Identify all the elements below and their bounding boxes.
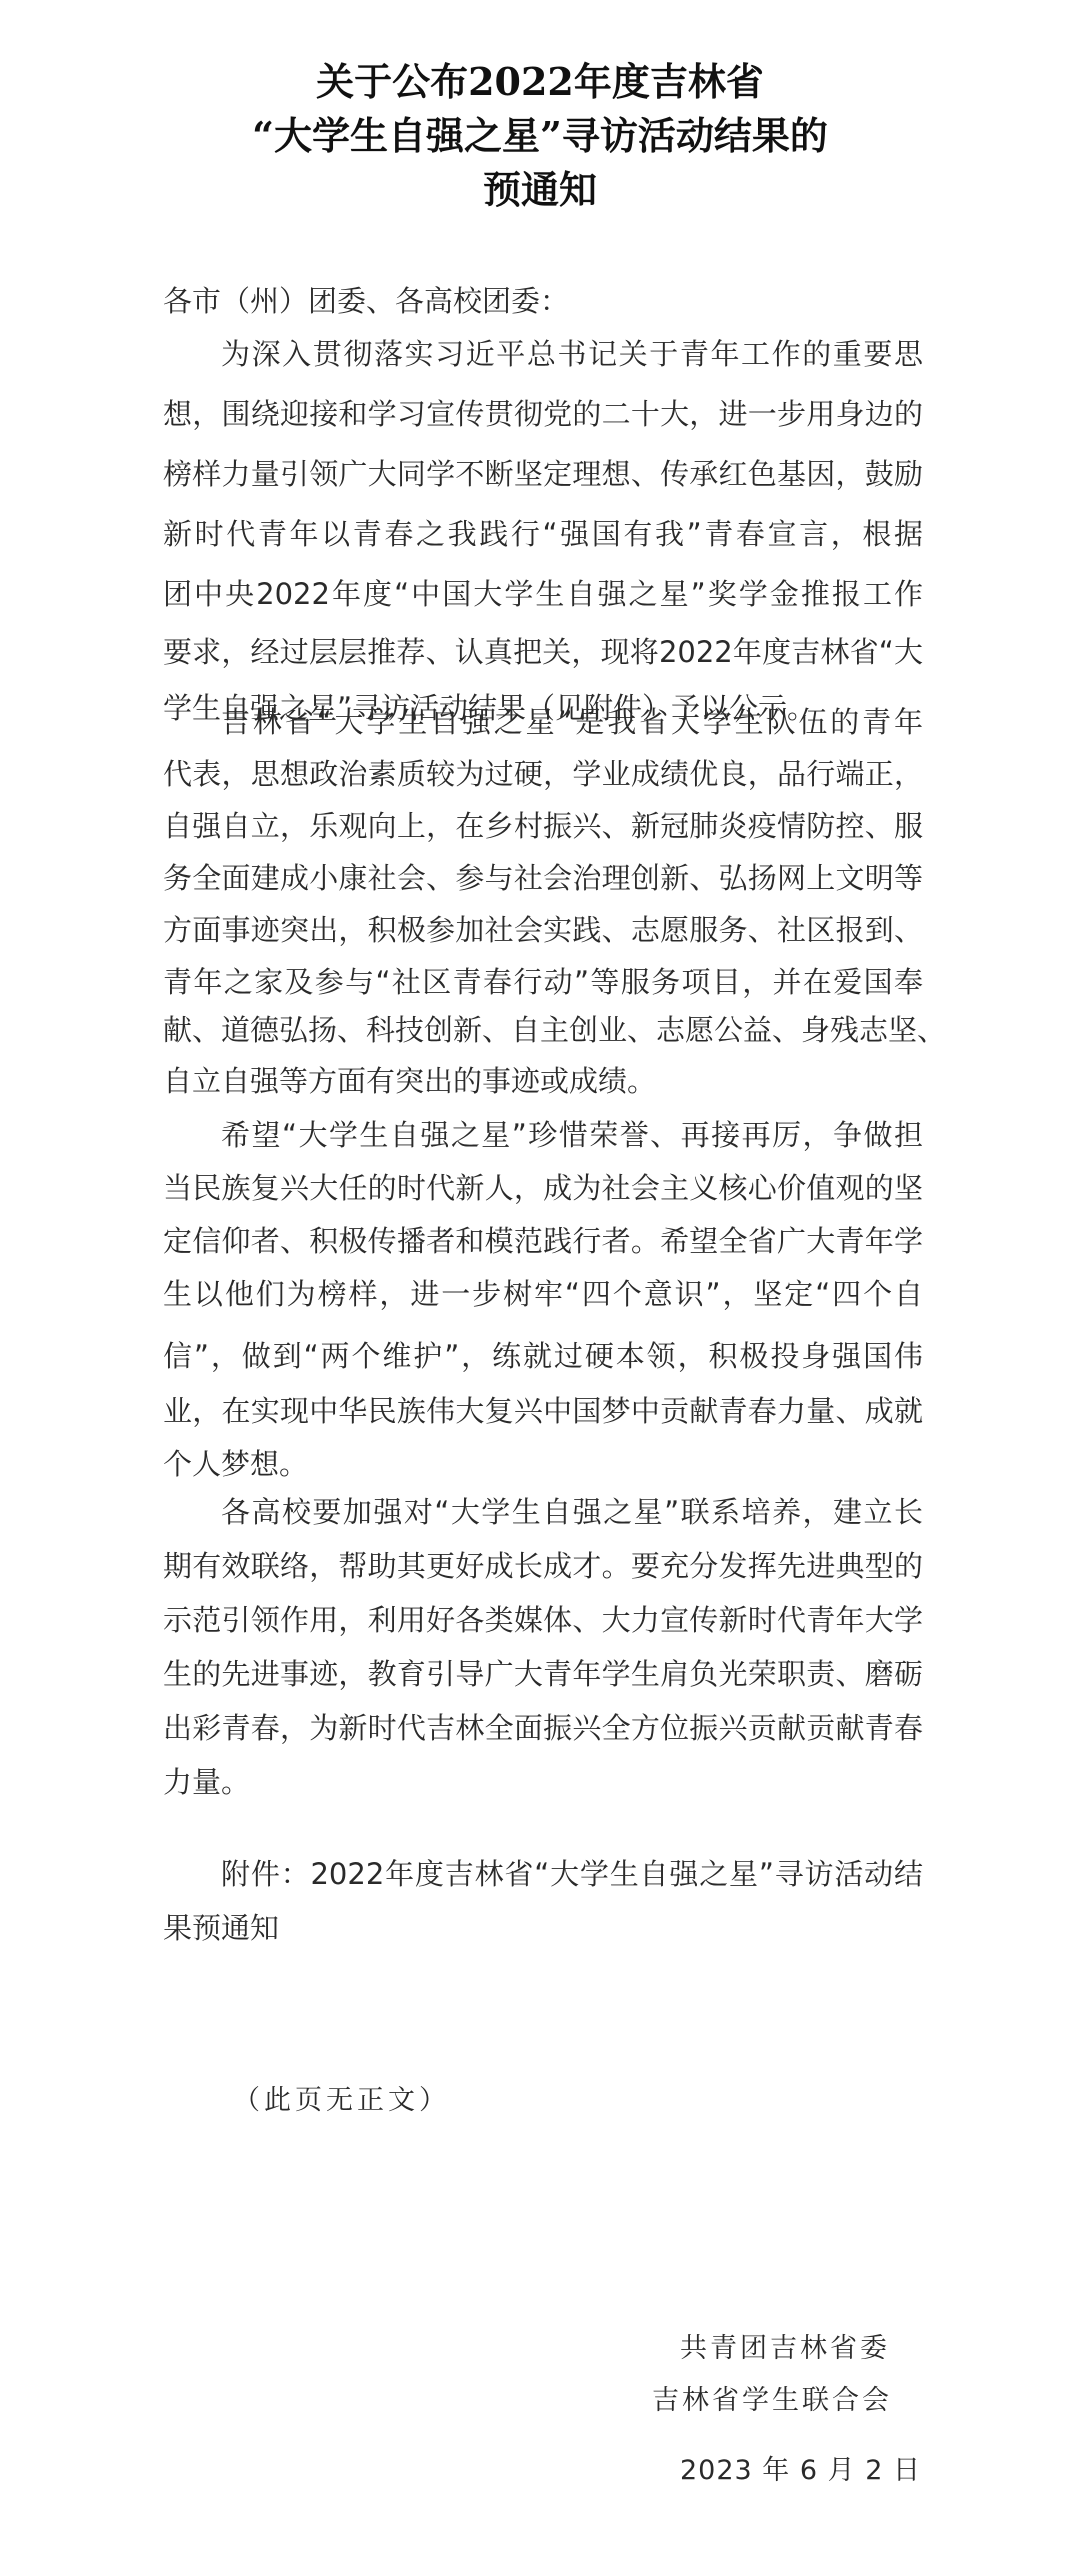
- paragraph-line: 青年之家及参与“社区青春行动”等服务项目，并在爱国奉: [163, 964, 923, 1000]
- paragraph-line: 吉林省“大学生自强之星”是我省大学生队伍的青年: [163, 704, 923, 740]
- signature-org-youth-league: 共青团吉林省委: [680, 2326, 890, 2365]
- paragraph-line: 自立自强等方面有突出的事迹或成绩。: [163, 1063, 923, 1099]
- attachment-line: 果预通知: [163, 1910, 923, 1946]
- paragraph-line: 方面事迹突出，积极参加社会实践、志愿服务、社区报到、: [163, 912, 923, 948]
- paragraph-line: 自强自立，乐观向上，在乡村振兴、新冠肺炎疫情防控、服: [163, 808, 923, 844]
- paragraph-line: 当民族复兴大任的时代新人，成为社会主义核心价值观的坚: [163, 1170, 923, 1206]
- paragraph-line: 想，围绕迎接和学习宣传贯彻党的二十大，进一步用身边的: [163, 396, 923, 432]
- paragraph-line: 献、道德弘扬、科技创新、自主创业、志愿公益、身残志坚、: [163, 1012, 923, 1048]
- signature-date: 2023 年 6 月 2 日: [680, 2448, 921, 2487]
- signature-org-student-union: 吉林省学生联合会: [652, 2378, 892, 2417]
- paragraph-line: 为深入贯彻落实习近平总书记关于青年工作的重要思: [163, 336, 923, 372]
- paragraph-line: 力量。: [163, 1764, 923, 1800]
- paragraph-line: 业，在实现中华民族伟大复兴中国梦中贡献青春力量、成就: [163, 1393, 923, 1429]
- paragraph-line: 期有效联络，帮助其更好成长成才。要充分发挥先进典型的: [163, 1548, 923, 1584]
- salutation: 各市（州）团委、各高校团委：: [163, 283, 923, 319]
- paragraph-line: 务全面建成小康社会、参与社会治理创新、弘扬网上文明等: [163, 860, 923, 896]
- paragraph-line: 生以他们为榜样，进一步树牢“四个意识”，坚定“四个自: [163, 1276, 923, 1312]
- paragraph-line: 要求，经过层层推荐、认真把关，现将2022年度吉林省“大: [163, 634, 923, 670]
- document-page: 关于公布2022年度吉林省 “大学生自强之星”寻访活动结果的 预通知 各市（州）…: [0, 0, 1080, 2574]
- paragraph-line: 示范引领作用，利用好各类媒体、大力宣传新时代青年大学: [163, 1602, 923, 1638]
- page-note: （此页无正文）: [233, 2078, 450, 2117]
- paragraph-line: 信”，做到“两个维护”，练就过硬本领，积极投身强国伟: [163, 1338, 923, 1374]
- title-line: 预通知: [0, 163, 1080, 217]
- paragraph-line: 各高校要加强对“大学生自强之星”联系培养，建立长: [163, 1494, 923, 1530]
- paragraph-line: 团中央2022年度“中国大学生自强之星”奖学金推报工作: [163, 576, 923, 612]
- paragraph-line: 定信仰者、积极传播者和模范践行者。希望全省广大青年学: [163, 1223, 923, 1259]
- paragraph-line: 生的先进事迹，教育引导广大青年学生肩负光荣职责、磨砺: [163, 1656, 923, 1692]
- paragraph-line: 榜样力量引领广大同学不断坚定理想、传承红色基因，鼓励: [163, 456, 923, 492]
- title-line: 关于公布2022年度吉林省: [0, 55, 1080, 109]
- paragraph-line: 希望“大学生自强之星”珍惜荣誉、再接再厉，争做担: [163, 1117, 923, 1153]
- paragraph-line: 个人梦想。: [163, 1446, 923, 1482]
- document-title: 关于公布2022年度吉林省 “大学生自强之星”寻访活动结果的 预通知: [0, 55, 1080, 217]
- paragraph-line: 代表，思想政治素质较为过硬，学业成绩优良，品行端正，: [163, 756, 923, 792]
- paragraph-line: 新时代青年以青春之我践行“强国有我”青春宣言，根据: [163, 516, 923, 552]
- paragraph-line: 出彩青春，为新时代吉林全面振兴全方位振兴贡献贡献青春: [163, 1710, 923, 1746]
- title-line: “大学生自强之星”寻访活动结果的: [0, 109, 1080, 163]
- attachment-line: 附件：2022年度吉林省“大学生自强之星”寻访活动结: [163, 1856, 923, 1892]
